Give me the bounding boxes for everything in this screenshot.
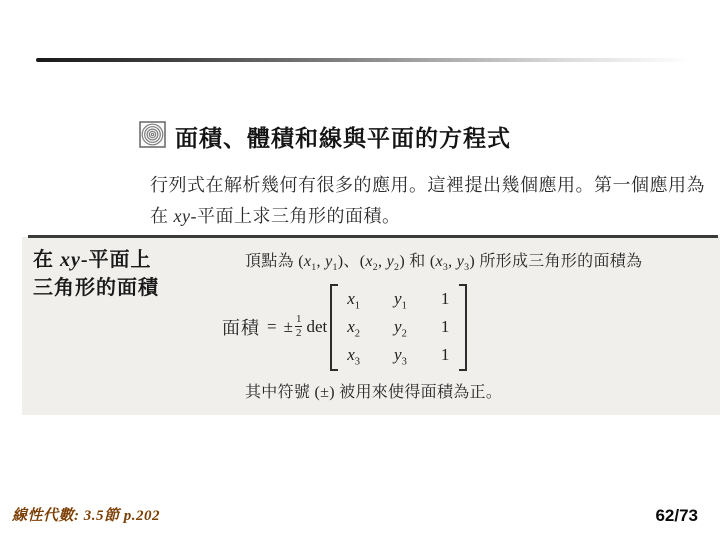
fraction-numerator: 1 [295, 313, 303, 327]
det-operator: det [306, 317, 327, 337]
course-footer: 線性代數: 3.5節 p.202 [12, 504, 160, 525]
sign-note: 其中符號 (±) 被用來使得面積為正。 [245, 379, 502, 402]
vertices-statement: 頂點為 (x1, y1)、(x2, y2) 和 (x3, y3) 所形成三角形的… [245, 248, 642, 271]
margin-heading-line-2: 三角形的面積 [33, 274, 159, 302]
intro-line-1: 行列式在解析幾何有很多的應用。這裡提出幾個應用。第一個應用為 [150, 170, 720, 201]
page-title: 面積、體積和線與平面的方程式 [175, 120, 511, 153]
section-title-row: 面積、體積和線與平面的方程式 [139, 120, 511, 153]
matrix-cell: 1 [441, 345, 450, 365]
margin-heading: 在 xy-平面上 三角形的面積 [33, 246, 159, 302]
right-bracket [459, 284, 467, 371]
page-number: 62/73 [655, 506, 698, 526]
plus-minus-sign: ± [284, 317, 293, 337]
section-divider-rule [28, 235, 718, 238]
matrix-cell: 1 [441, 289, 450, 309]
matrix-cell: x3 [347, 345, 360, 365]
determinant-matrix: x1 y1 1 x2 y2 1 x3 y3 1 [330, 284, 467, 371]
presentation-slide: 面積、體積和線與平面的方程式 行列式在解析幾何有很多的應用。這裡提出幾個應用。第… [0, 0, 720, 540]
fraction-denominator: 2 [296, 327, 302, 340]
matrix-cell: y1 [394, 289, 407, 309]
intro-paragraph: 行列式在解析幾何有很多的應用。這裡提出幾個應用。第一個應用為 在 xy-平面上求… [150, 170, 720, 232]
matrix-cell: x2 [347, 317, 360, 337]
intro-line-2: 在 xy-平面上求三角形的面積。 [150, 201, 720, 232]
left-bracket [330, 284, 338, 371]
area-formula: 面積 = ± 1 2 det x1 y1 1 x2 y2 1 x3 y3 1 [222, 288, 467, 366]
matrix-cell: y3 [394, 345, 407, 365]
equals-sign: = [267, 317, 277, 337]
matrix-cell: y2 [394, 317, 407, 337]
matrix-cells: x1 y1 1 x2 y2 1 x3 y3 1 [338, 284, 459, 371]
concentric-circles-icon [139, 121, 166, 153]
matrix-cell: 1 [441, 317, 450, 337]
formula-lhs: 面積 [222, 314, 260, 340]
matrix-cell: x1 [347, 289, 360, 309]
top-divider-line [36, 58, 691, 62]
one-half-fraction: 1 2 [295, 313, 303, 339]
margin-heading-line-1: 在 xy-平面上 [33, 246, 159, 274]
